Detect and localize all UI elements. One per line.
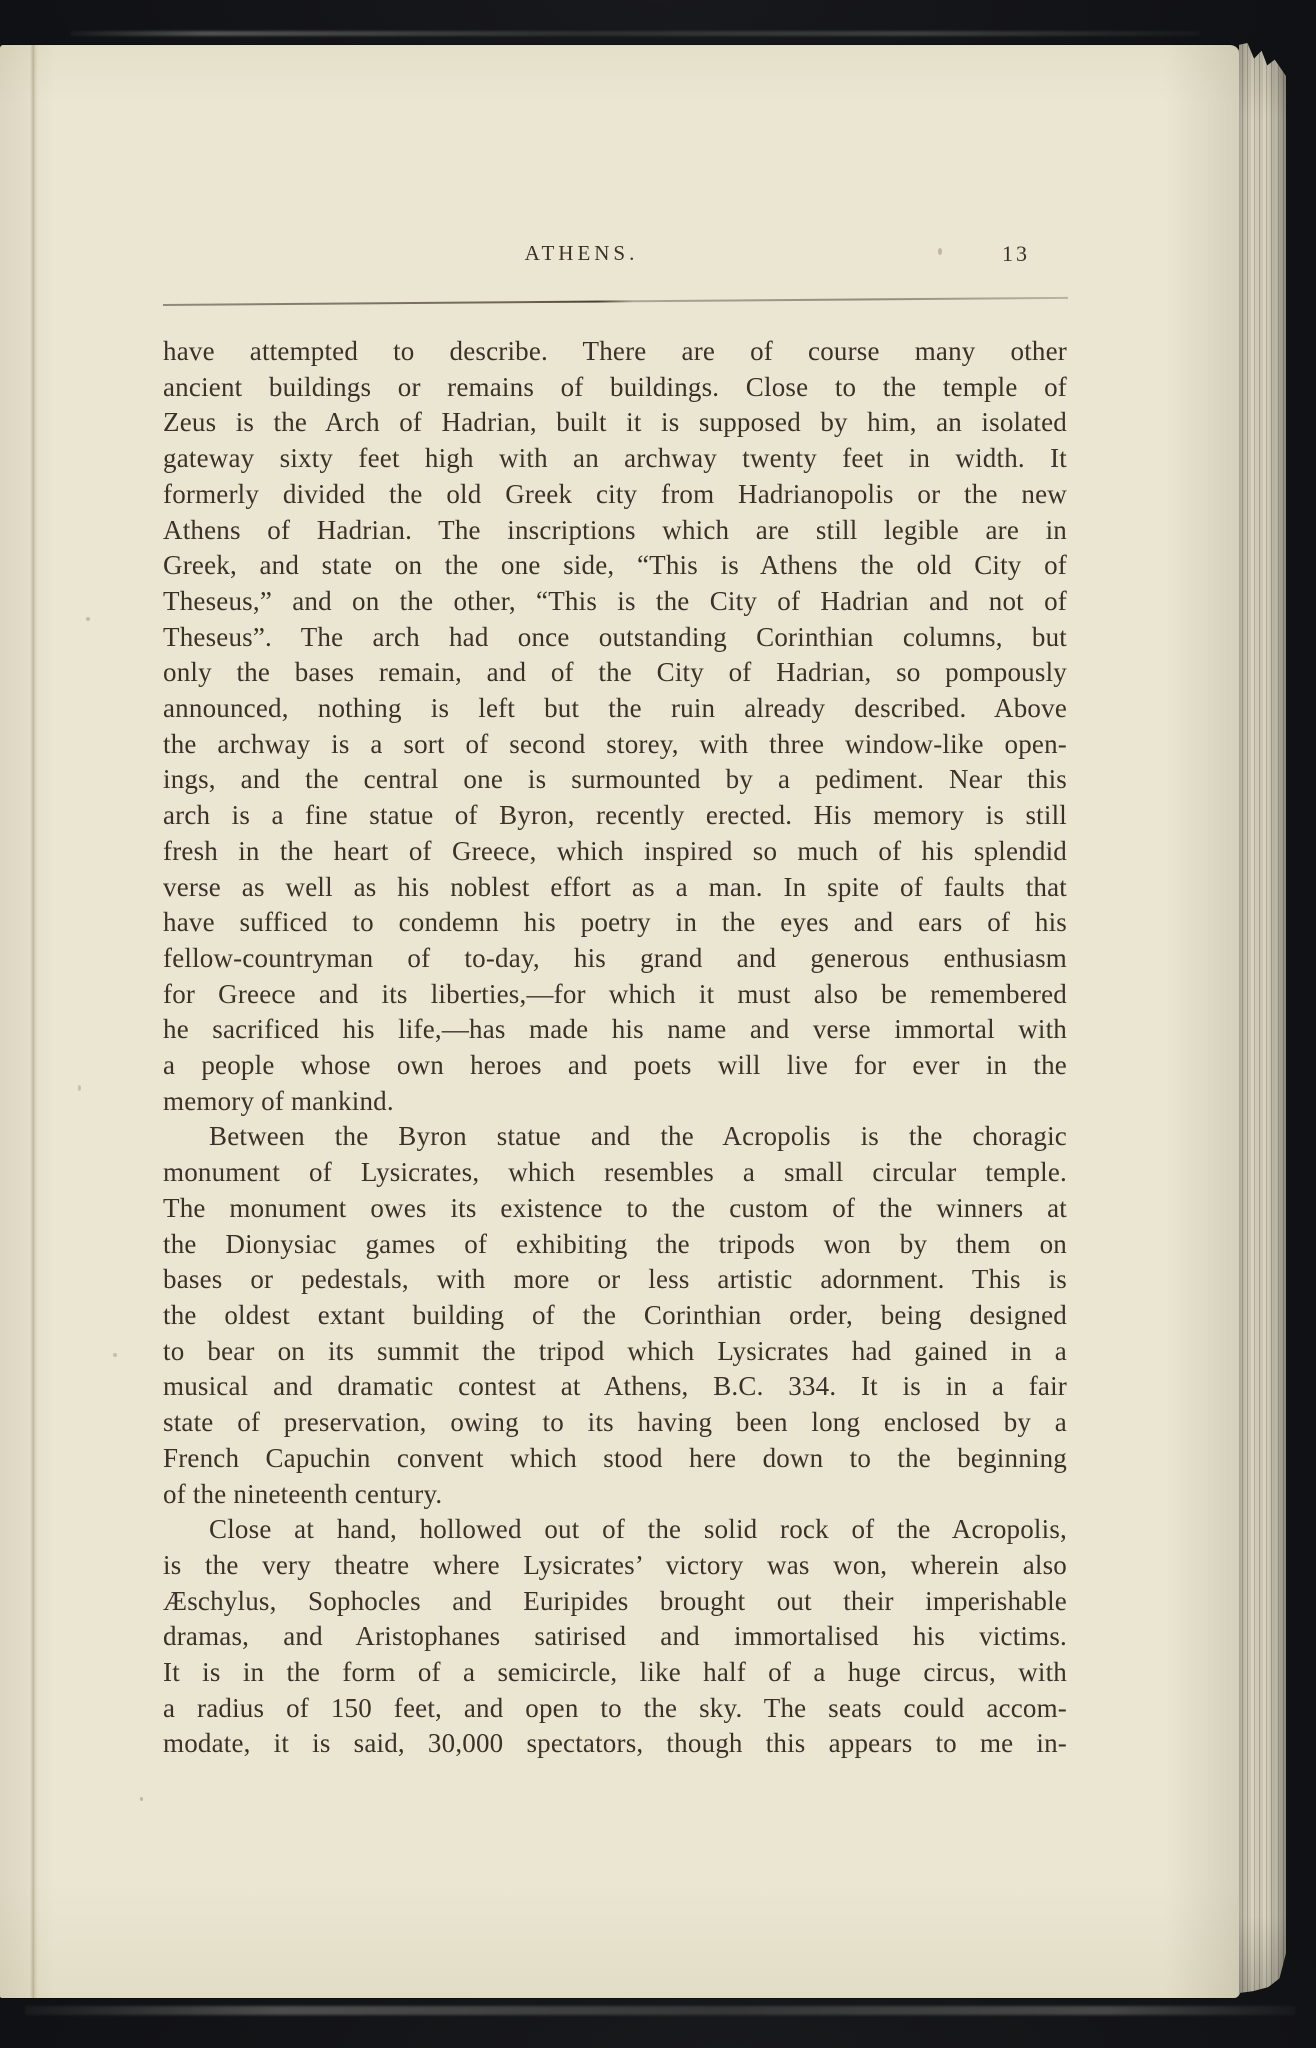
paper-speck	[113, 1353, 117, 1357]
text-line: bases or pedestals, with more or less ar…	[163, 1262, 1067, 1298]
text-line: modate, it is said, 30,000 spectators, t…	[163, 1726, 1067, 1762]
book-photo: ATHENS. 13 have attempted to describe. T…	[0, 0, 1316, 2048]
text-line: The monument owes its existence to the c…	[163, 1191, 1067, 1227]
text-line: the oldest extant building of the Corint…	[163, 1298, 1067, 1334]
running-header-title: ATHENS.	[163, 241, 1000, 266]
text-block: have attempted to describe. There are of…	[163, 334, 1067, 1762]
text-line: fellow-countryman of to-day, his grand a…	[163, 941, 1067, 977]
text-line: have attempted to describe. There are of…	[163, 334, 1067, 370]
text-line: state of preservation, owing to its havi…	[163, 1405, 1067, 1441]
text-line: dramas, and Aristophanes satirised and i…	[163, 1619, 1067, 1655]
text-line: to bear on its summit the tripod which L…	[163, 1334, 1067, 1370]
text-line: gateway sixty feet high with an archway …	[163, 441, 1067, 477]
text-line: Theseus,” and on the other, “This is the…	[163, 584, 1067, 620]
text-line: formerly divided the old Greek city from…	[163, 477, 1067, 513]
text-line: he sacrificed his life,—has made his nam…	[163, 1012, 1067, 1048]
text-line: a people whose own heroes and poets will…	[163, 1048, 1067, 1084]
text-line: musical and dramatic contest at Athens, …	[163, 1369, 1067, 1405]
text-line: arch is a fine statue of Byron, recently…	[163, 798, 1067, 834]
page-number: 13	[1002, 241, 1030, 267]
text-line: Theseus”. The arch had once outstanding …	[163, 620, 1067, 656]
text-line: have sufficed to condemn his poetry in t…	[163, 905, 1067, 941]
text-line: French Capuchin convent which stood here…	[163, 1441, 1067, 1477]
text-line: It is in the form of a semicircle, like …	[163, 1655, 1067, 1691]
cover-edge-highlight-bottom	[25, 2006, 1295, 2015]
paper-speck	[86, 617, 90, 621]
text-line: announced, nothing is left but the ruin …	[163, 691, 1067, 727]
cover-edge-highlight-top	[70, 31, 1200, 36]
text-line: verse as well as his noblest effort as a…	[163, 870, 1067, 906]
text-line: Zeus is the Arch of Hadrian, built it is…	[163, 405, 1067, 441]
text-line: only the bases remain, and of the City o…	[163, 655, 1067, 691]
page-edge-stack	[1239, 42, 1286, 1994]
text-line: the archway is a sort of second storey, …	[163, 727, 1067, 763]
text-line: memory of mankind.	[163, 1084, 1067, 1120]
text-line: is the very theatre where Lysicrates’ vi…	[163, 1548, 1067, 1584]
page-gutter-crease	[30, 45, 38, 1998]
text-line: the Dionysiac games of exhibiting the tr…	[163, 1227, 1067, 1263]
text-line: fresh in the heart of Greece, which insp…	[163, 834, 1067, 870]
paper-speck	[938, 248, 942, 255]
paper-speck	[78, 1085, 81, 1091]
text-line: Athens of Hadrian. The inscriptions whic…	[163, 513, 1067, 549]
running-header: ATHENS. 13	[163, 241, 1070, 273]
text-line: ancient buildings or remains of building…	[163, 370, 1067, 406]
text-line: monument of Lysicrates, which resembles …	[163, 1155, 1067, 1191]
header-rule	[163, 297, 1068, 306]
text-line: of the nineteenth century.	[163, 1477, 1067, 1513]
text-line: Between the Byron statue and the Acropol…	[163, 1119, 1067, 1155]
text-line: for Greece and its liberties,—for which …	[163, 977, 1067, 1013]
text-line: a radius of 150 feet, and open to the sk…	[163, 1691, 1067, 1727]
text-line: Close at hand, hollowed out of the solid…	[163, 1512, 1067, 1548]
text-line: ings, and the central one is surmounted …	[163, 762, 1067, 798]
text-line: Greek, and state on the one side, “This …	[163, 548, 1067, 584]
text-line: Æschylus, Sophocles and Euripides brough…	[163, 1584, 1067, 1620]
paper-speck	[140, 1797, 143, 1801]
book-page: ATHENS. 13 have attempted to describe. T…	[0, 45, 1240, 1998]
